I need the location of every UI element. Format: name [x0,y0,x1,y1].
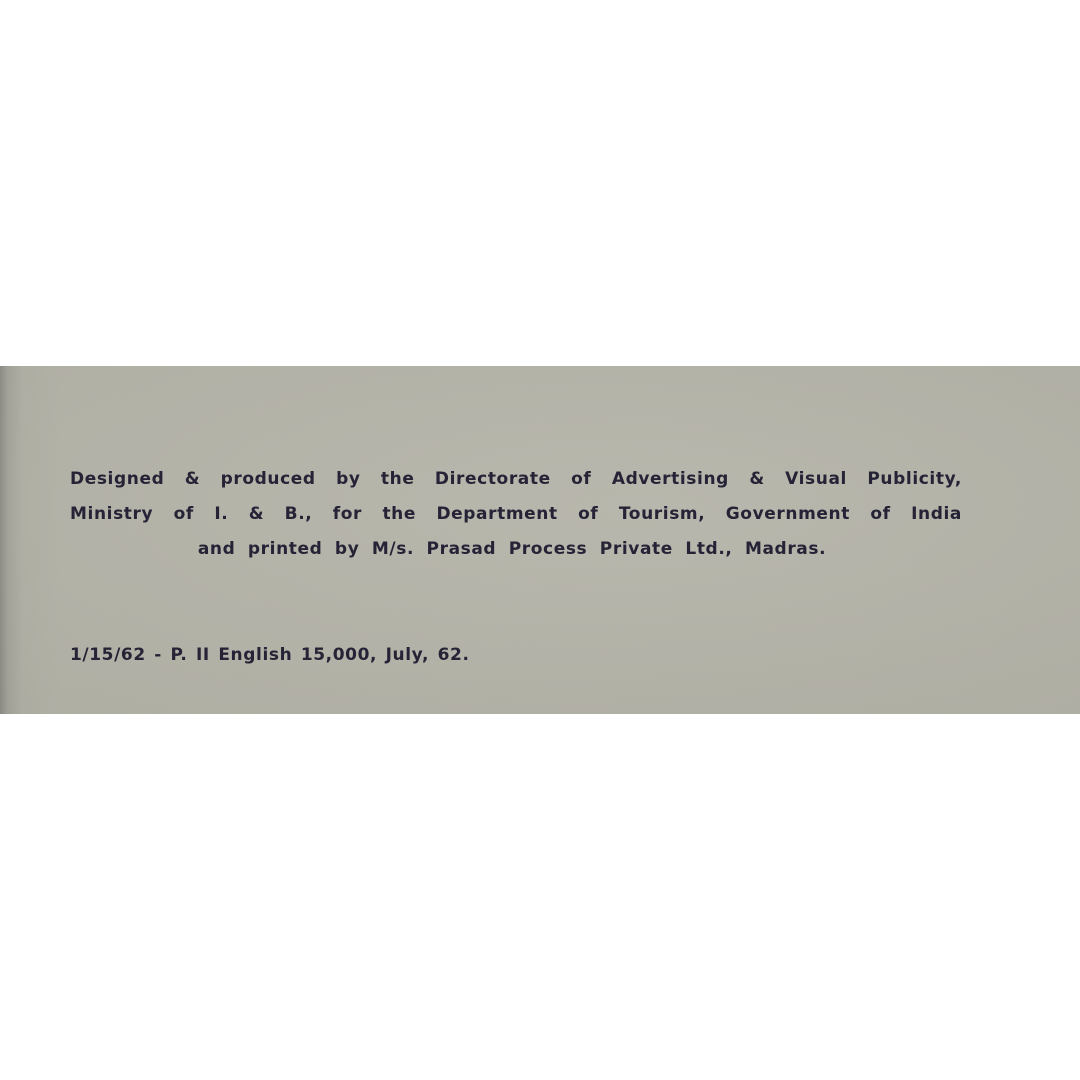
credit-line-2: Ministry of I. & B., for the Department … [70,497,962,532]
credit-block: Designed & produced by the Directorate o… [70,462,962,567]
print-info: 1/15/62 - P. II English 15,000, July, 62… [70,645,470,665]
credit-line-3: and printed by M/s. Prasad Process Priva… [70,532,962,567]
credit-line-1: Designed & produced by the Directorate o… [70,462,962,497]
